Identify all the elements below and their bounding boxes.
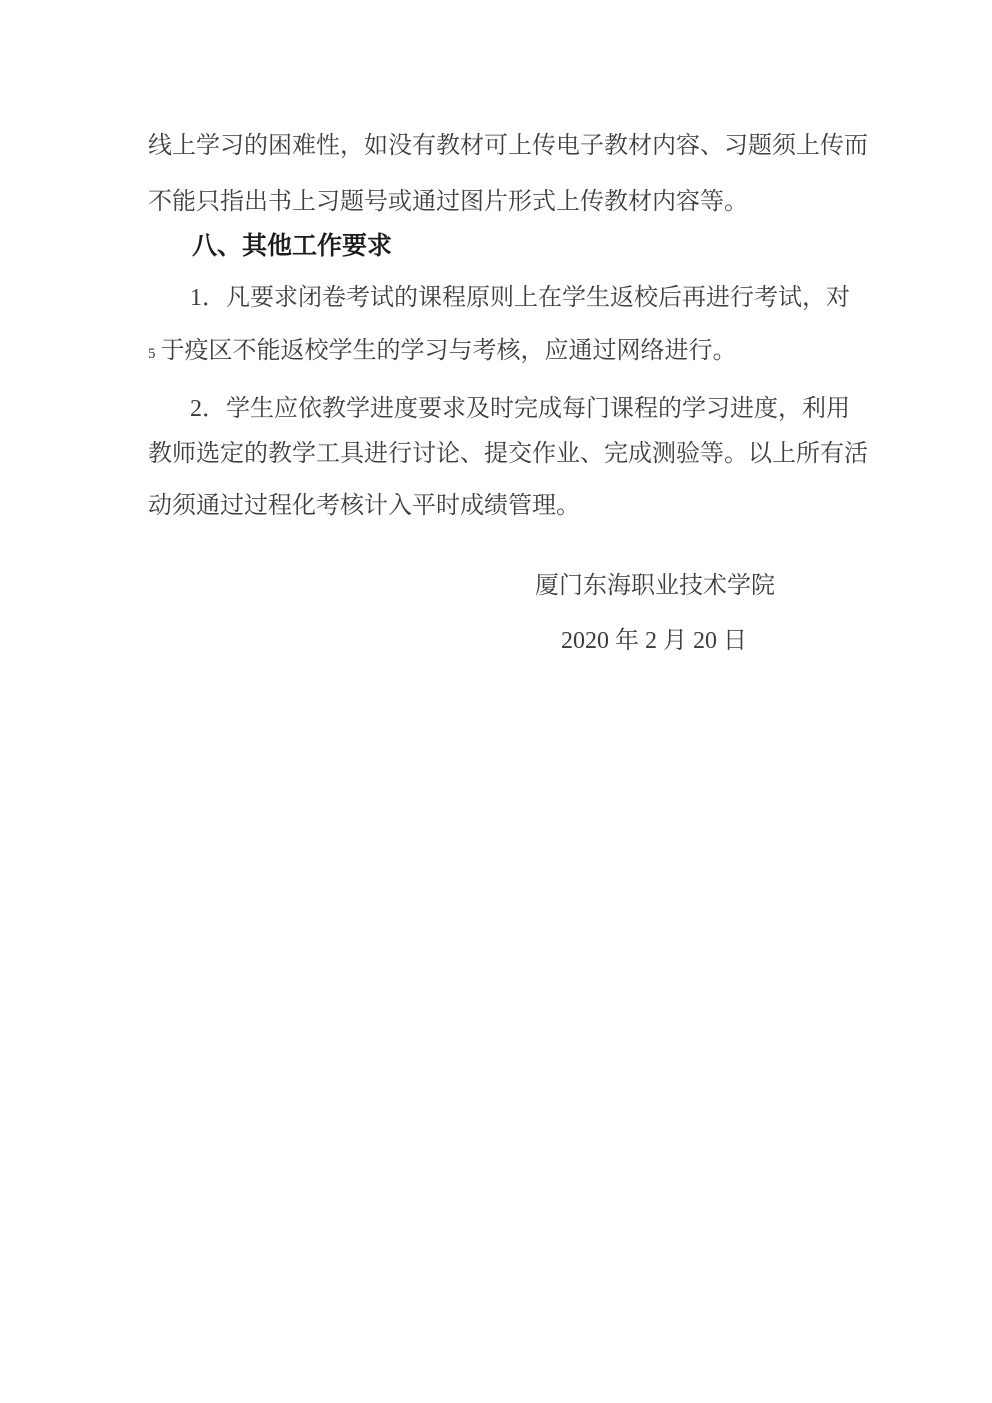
margin-page-number-mark: 5 bbox=[148, 346, 156, 362]
item2-line-2: 教师选定的教学工具进行讨论、提交作业、完成测验等。以上所有活 bbox=[148, 428, 850, 480]
item1-line-1: 1．凡要求闭卷考试的课程原则上在学生返校后再进行考试，对 bbox=[148, 272, 850, 324]
item1-line-2: 5于疫区不能返校学生的学习与考核，应通过网络进行。 bbox=[148, 325, 850, 377]
signature-date: 2020 年 2 月 20 日 bbox=[148, 615, 850, 667]
signature-institution: 厦门东海职业技术学院 bbox=[148, 560, 850, 612]
body-line-continuation-1: 线上学习的困难性，如没有教材可上传电子教材内容、习题须上传而 bbox=[148, 120, 850, 172]
document-page: 线上学习的困难性，如没有教材可上传电子教材内容、习题须上传而 不能只指出书上习题… bbox=[0, 0, 992, 1403]
section-heading: 八、其他工作要求 bbox=[148, 220, 850, 272]
item2-line-3: 动须通过过程化考核计入平时成绩管理。 bbox=[148, 480, 850, 532]
item1-line-2-text: 于疫区不能返校学生的学习与考核，应通过网络进行。 bbox=[161, 338, 737, 364]
